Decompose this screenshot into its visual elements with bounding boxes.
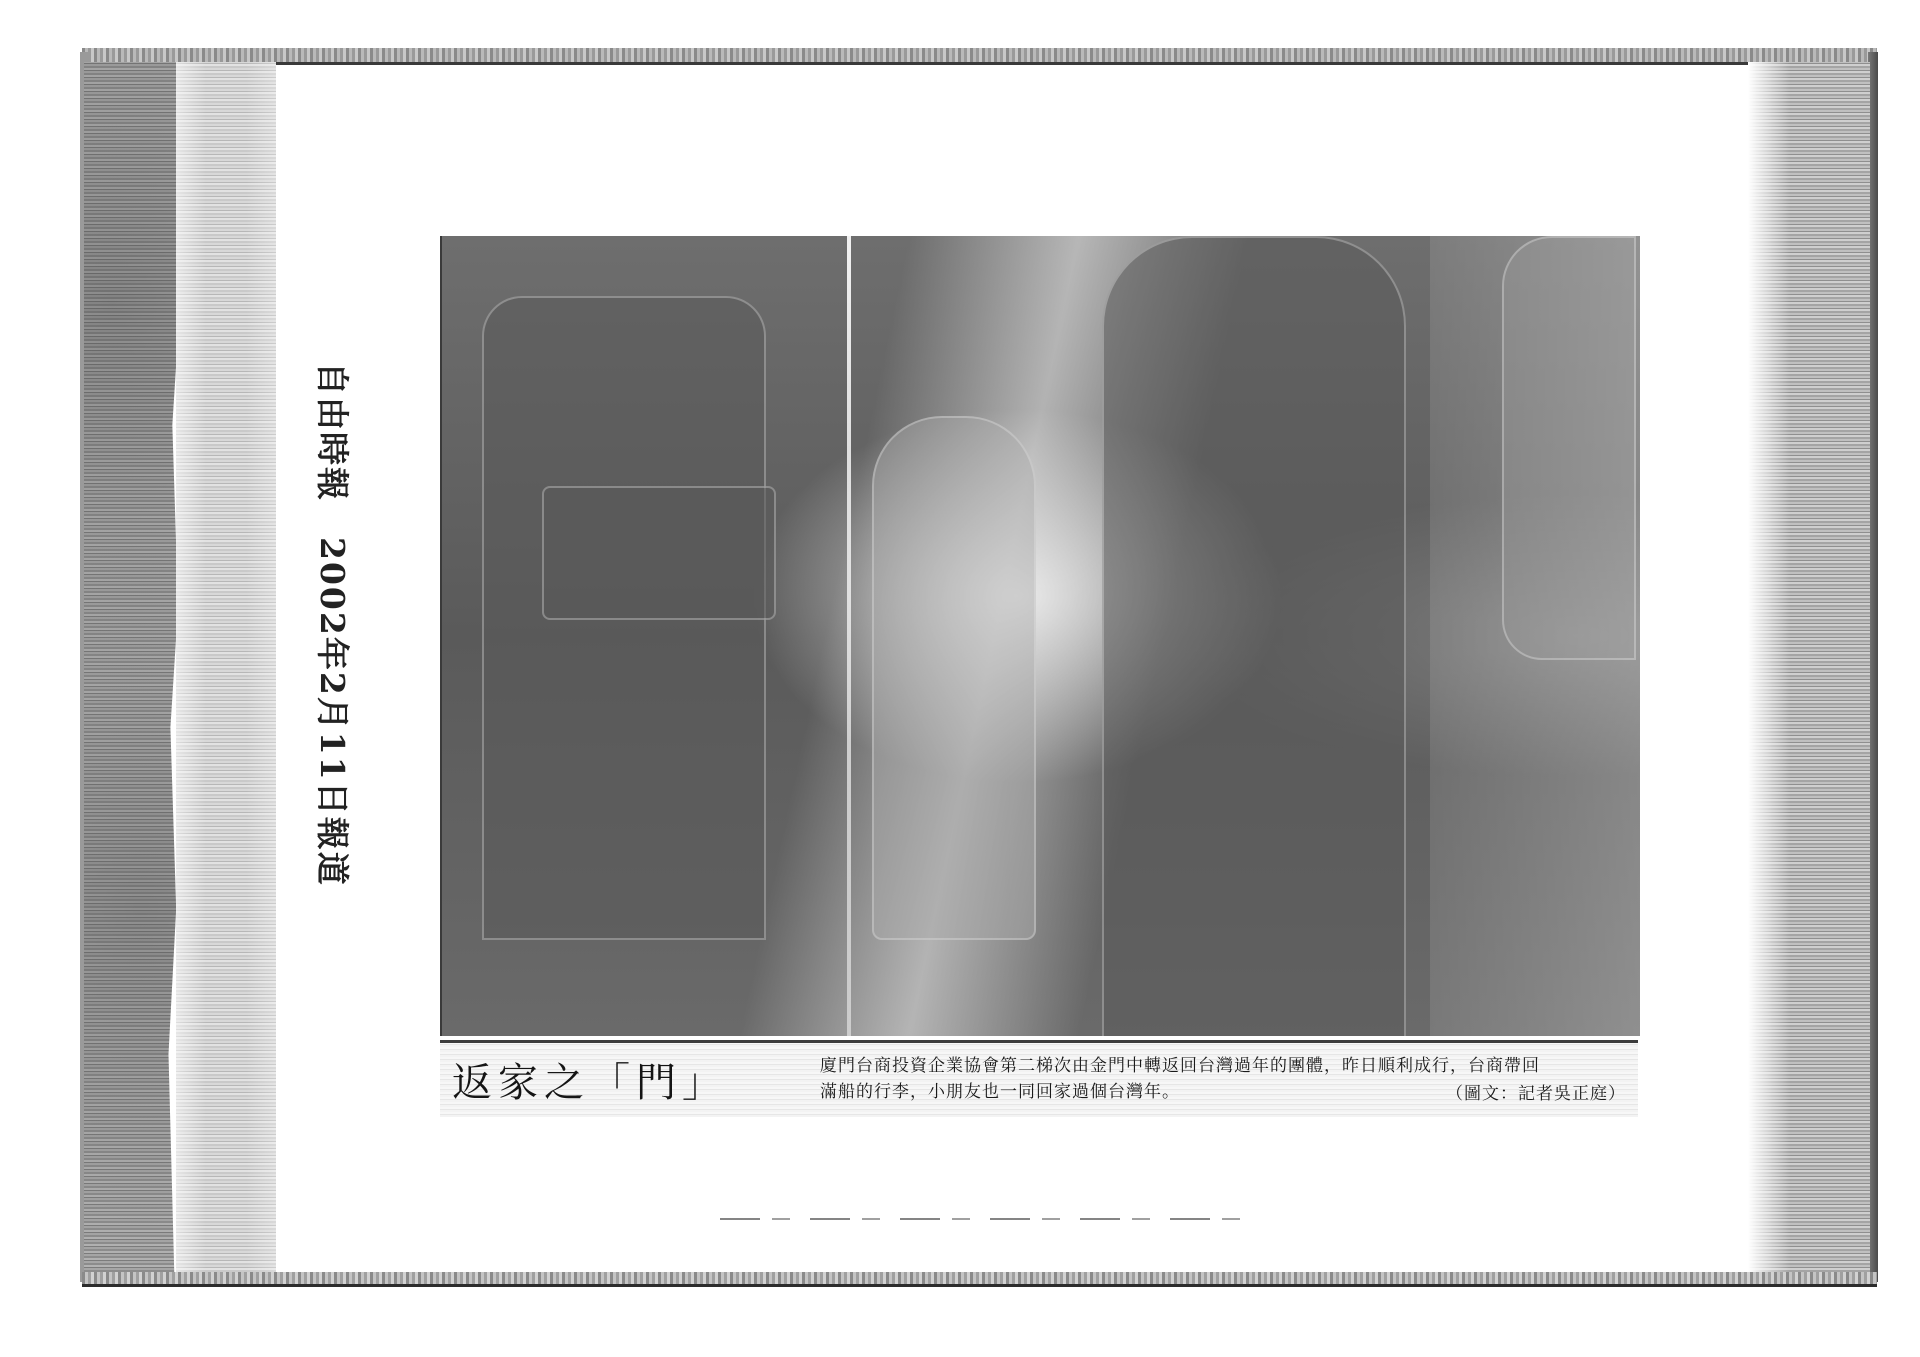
- caption-title: 返家之「門」: [452, 1051, 728, 1108]
- caption-credit: （圖文：記者吳正庭）: [1446, 1079, 1626, 1104]
- scan-band-left-dark: [84, 62, 180, 1272]
- caption-line-1: 廈門台商投資企業協會第二梯次由金門中轉返回台灣過年的團體，昨日順利成行，台商帶回: [820, 1053, 1630, 1079]
- news-photo: [440, 236, 1640, 1036]
- photo-figure-man: [1102, 236, 1406, 1036]
- photo-caption: 返家之「門」 廈門台商投資企業協會第二梯次由金門中轉返回台灣過年的團體，昨日順利…: [440, 1040, 1638, 1117]
- source-header: 自由時報 2002年2月11日報道: [318, 362, 358, 962]
- faint-rule: [720, 1218, 1240, 1220]
- scan-band-left-light: [176, 62, 276, 1272]
- source-header-text: 自由時報 2002年2月11日報道: [311, 362, 358, 887]
- photo-right-background: [1430, 236, 1640, 1036]
- scan-frame-bottom: [82, 1272, 1877, 1287]
- scan-band-right: [1748, 62, 1870, 1272]
- scan-frame-top: [82, 48, 1877, 65]
- photo-figure-child: [872, 416, 1036, 940]
- photo-crease: [847, 236, 851, 1036]
- photo-figure-suitcase: [542, 486, 776, 620]
